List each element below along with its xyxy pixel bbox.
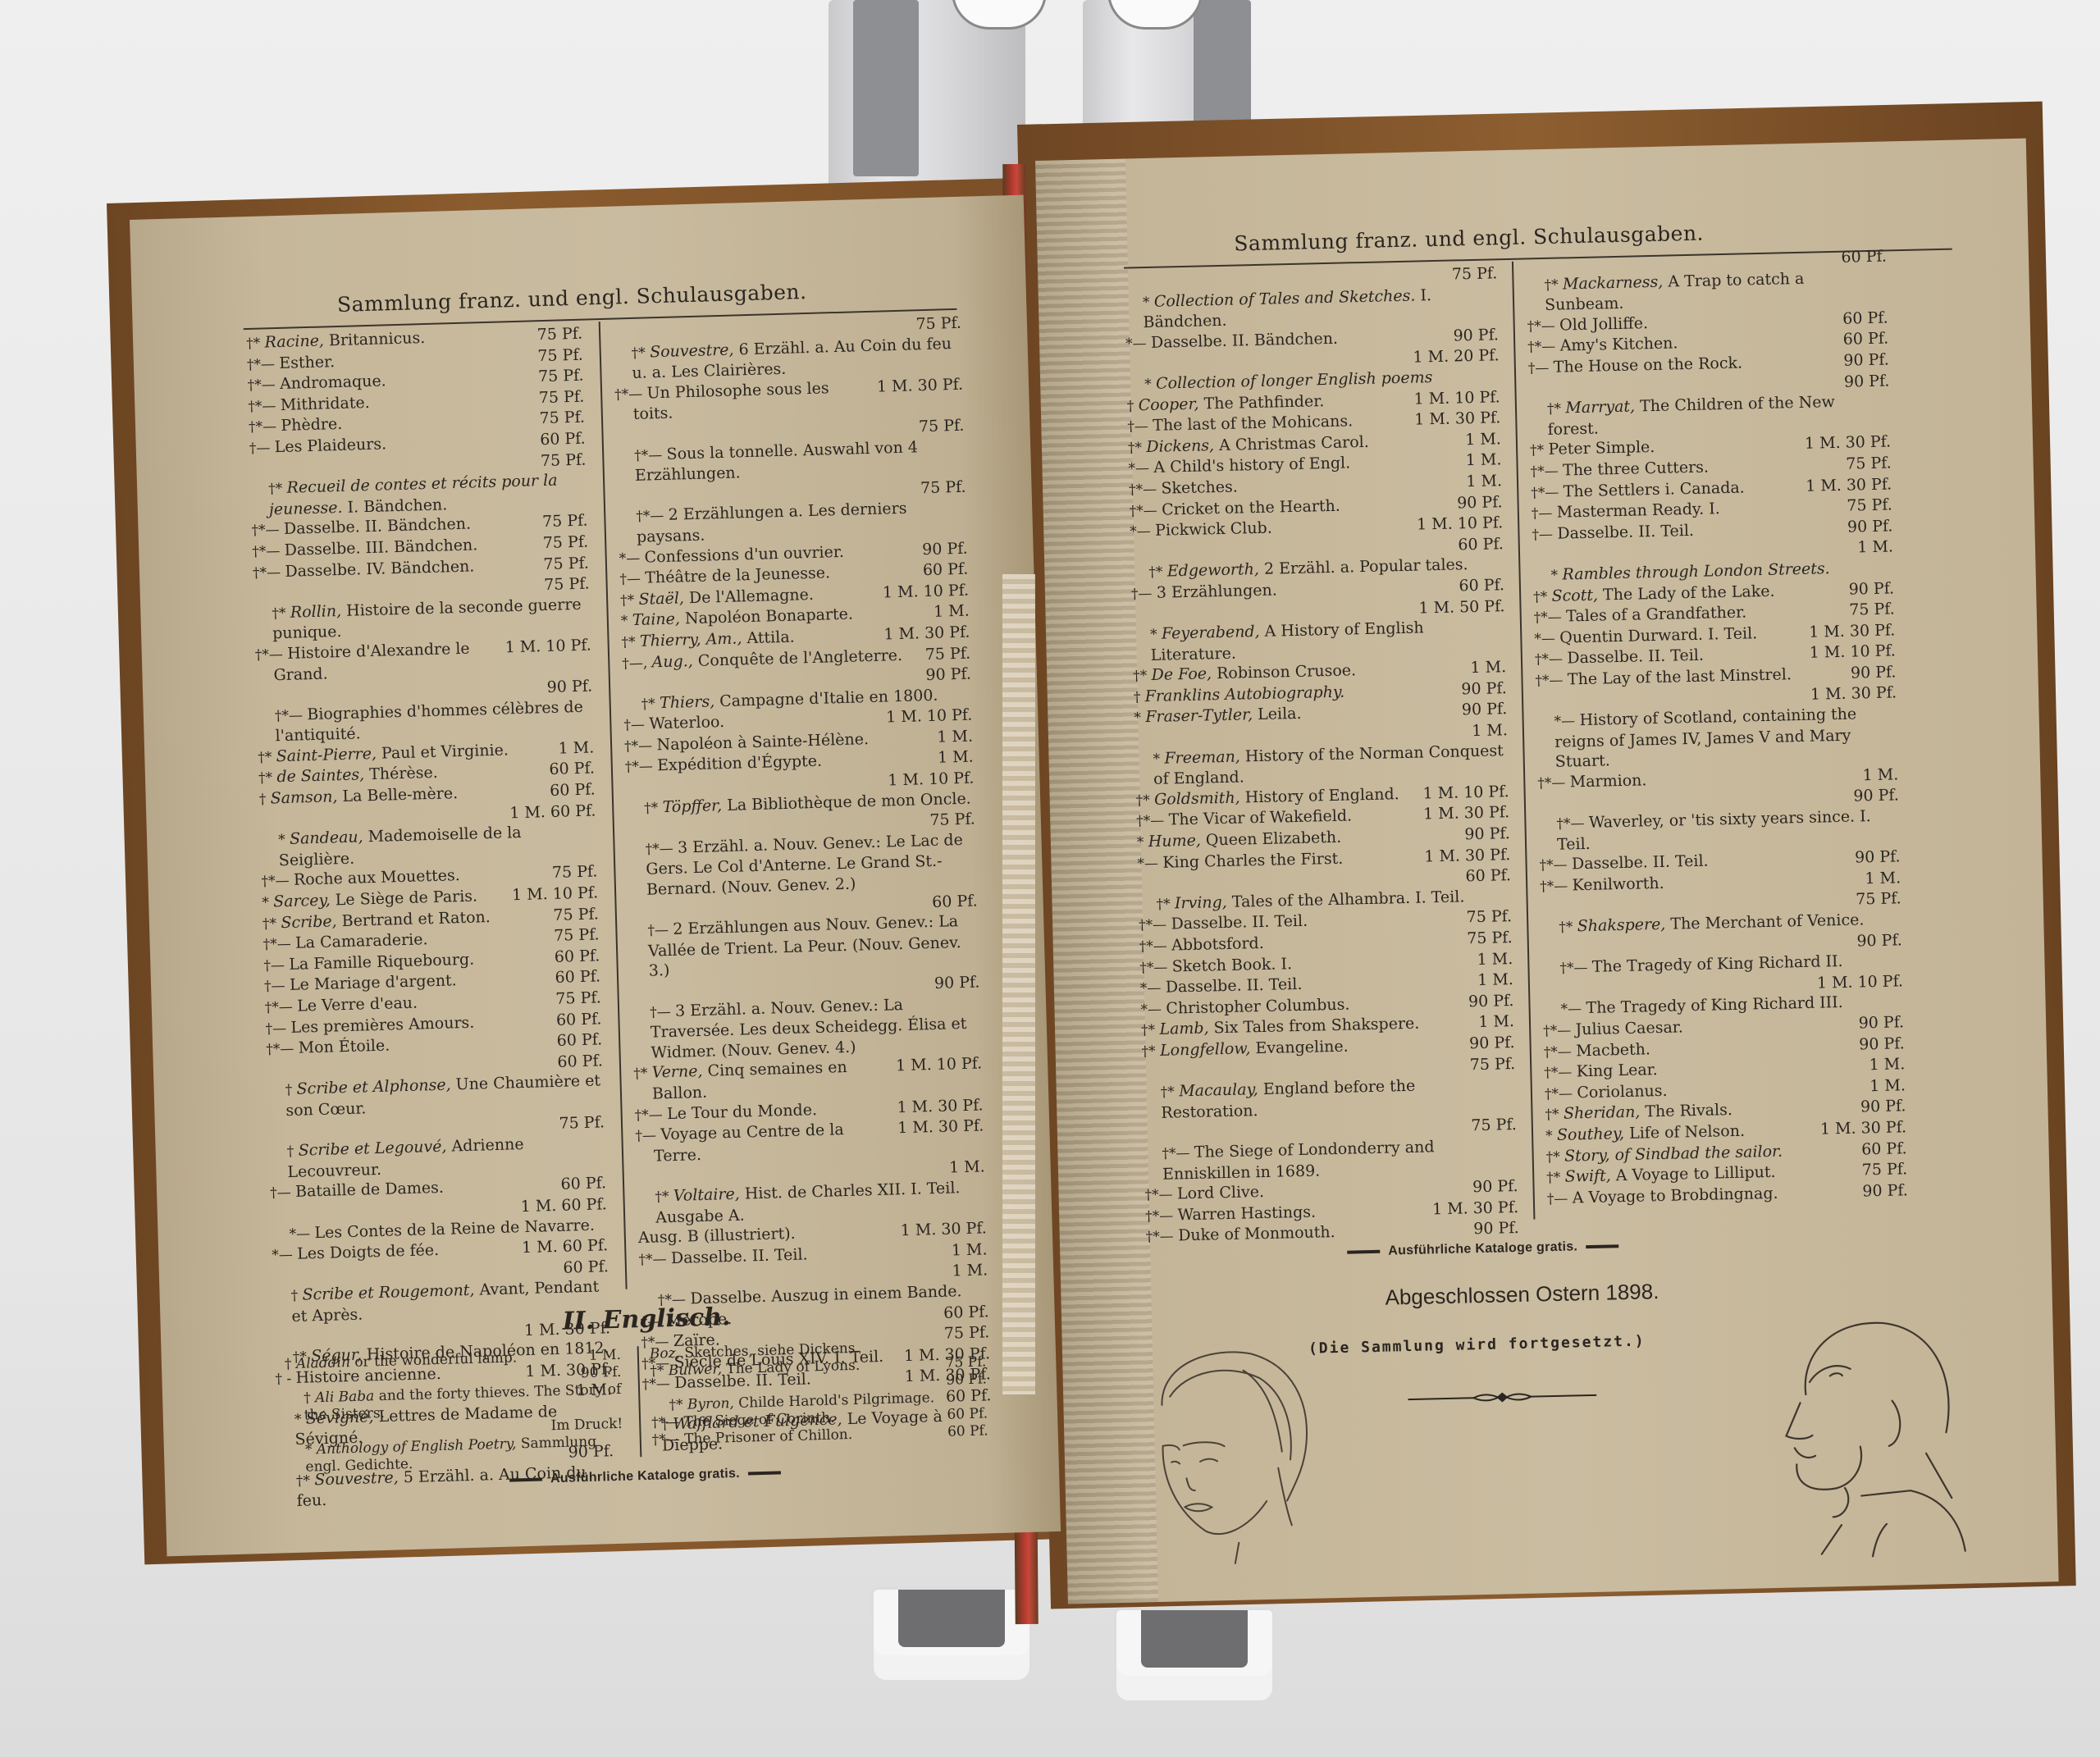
entry-price: 90 Pf.: [1855, 847, 1901, 869]
entry-author: Voltaire,: [673, 1184, 746, 1204]
entry-mark: †: [304, 1390, 315, 1406]
entry-mark: *: [262, 894, 273, 910]
catalog-entry: 75 Pf.†* Macaulay, England before the Re…: [1142, 1054, 1517, 1124]
entry-price: 1 M.: [1465, 429, 1501, 450]
entry-price: 1 M.: [1477, 970, 1513, 991]
entry-title: La Belle-mère.: [342, 784, 458, 805]
entry-price: 1 M.: [1869, 1054, 1905, 1075]
entry-price: 60 Pf.: [1842, 308, 1888, 329]
entry-mark: *—: [289, 1225, 314, 1243]
entry-author: Scribe et Legouvé,: [298, 1138, 451, 1160]
entry-title: The Settlers i. Canada.: [1563, 478, 1744, 500]
entry-title: Bertrand et Raton.: [341, 908, 491, 930]
entry-mark: †*: [272, 605, 290, 622]
entry-mark: †*: [644, 800, 663, 817]
entry-mark: †*—: [248, 398, 281, 415]
entry-author: Byron,: [687, 1395, 739, 1413]
entry-title: Théâtre de la Jeunesse.: [645, 564, 830, 586]
entry-mark: *: [1545, 1128, 1557, 1144]
entry-title: Julius Caesar.: [1575, 1018, 1683, 1038]
entry-mark: †*: [633, 1066, 652, 1083]
closing-note: Abgeschlossen Ostern 1898.: [1385, 1279, 1659, 1311]
entry-author: Southey,: [1557, 1125, 1630, 1144]
catalog-entry: 75 Pf.†* Rollin, Histoire de la seconde …: [253, 574, 591, 645]
entry-title: Britannicus.: [329, 329, 426, 349]
entry-title: The House on the Rock.: [1554, 354, 1743, 376]
entry-title: 2 Erzähl. a. Popular tales.: [1264, 555, 1468, 578]
entry-price: 75 Pf.: [1148, 263, 1497, 291]
entry-mark: †*: [621, 634, 640, 651]
entry-mark: *: [1144, 376, 1156, 393]
entry-price: 1 M. 10 Pf.: [512, 883, 599, 906]
entry-mark: *: [1150, 627, 1162, 643]
entry-price: 90 Pf.: [1860, 1097, 1906, 1118]
entry-mark: †*—: [1527, 317, 1560, 335]
entry-mark: †—: [1532, 526, 1557, 543]
entry-author: Töpffer,: [662, 796, 727, 816]
entry-mark: †*: [1533, 588, 1552, 605]
entry-price: 75 Pf.: [1466, 906, 1512, 928]
entry-price: 1 M.: [1869, 1075, 1906, 1097]
entry-price: 1 M. 10 Pf.: [1810, 641, 1897, 664]
entry-mark: †*—: [1545, 1085, 1577, 1102]
entry-price: 1 M.: [1865, 868, 1901, 889]
entry-mark: †—: [263, 957, 289, 974]
entry-mark: †*: [262, 915, 281, 933]
entry-title: Confessions d'un ouvrier.: [644, 542, 844, 566]
entry-author: Saint-Pierre,: [276, 745, 381, 766]
entry-title: 3 Erzähl. a. Nouv. Genev.: Le Lac de Ger…: [646, 831, 963, 899]
entry-price: 90 Pf.: [1469, 1033, 1515, 1054]
entry-price: 60 Pf.: [556, 1029, 602, 1051]
entry-author: Franklins Autobiography.: [1145, 682, 1345, 705]
catalog-entry: Im Druck!* Anthology of English Poetry, …: [286, 1416, 624, 1476]
entry-price: 1 M. 60 Pf.: [522, 1235, 609, 1258]
entry-mark: †*: [641, 696, 660, 713]
entry-title: A Voyage to Brobdingnag.: [1573, 1184, 1778, 1207]
entry-price: 1 M.: [1466, 450, 1502, 472]
entry-title: Sketch Book. I.: [1171, 955, 1292, 975]
entry-price: 75 Pf.: [1849, 599, 1895, 620]
entry-title: Esther.: [279, 353, 335, 372]
entry-mark: †*: [655, 1189, 673, 1206]
entry-price: 1 M. 30 Pf.: [1423, 803, 1510, 825]
entry-title: Histoire d'Alexandre le Grand.: [273, 640, 470, 684]
entry-mark: *: [1550, 567, 1562, 583]
entry-price: 1 M.: [1466, 471, 1502, 492]
entry-author: Scribe,: [281, 912, 342, 932]
entry-title: Bataille de Dames.: [295, 1179, 444, 1201]
entry-mark: †*—: [1527, 339, 1560, 356]
entry-title: Mon Étoile.: [298, 1037, 390, 1057]
continuation-note: (Die Sammlung wird fortgesetzt.): [1308, 1333, 1646, 1358]
entry-title: Coriolanus.: [1577, 1082, 1668, 1102]
entry-mark: †*: [1530, 442, 1549, 459]
entry-mark: *—: [1554, 713, 1579, 730]
entry-price: 60 Pf.: [549, 759, 595, 780]
entry-title: Life of Nelson.: [1629, 1122, 1745, 1143]
entry-mark: †*—: [1556, 815, 1589, 833]
entry-mark: †*: [1545, 1148, 1564, 1166]
entry-title: The Lady of the Lake.: [1603, 582, 1775, 604]
entry-price: 1 M. 10 Pf.: [886, 705, 973, 728]
entry-author: Scott,: [1551, 586, 1603, 605]
catalog-entry: 1 M. 50 Pf.* Feyerabend, A History of En…: [1131, 596, 1506, 666]
entry-price: 1 M. 10 Pf.: [896, 1054, 983, 1077]
entry-author: Aug.,: [651, 651, 698, 671]
entry-title: The Lay of the last Minstrel.: [1568, 665, 1792, 688]
entry-author: Hume,: [1148, 832, 1207, 851]
entry-mark: †*—: [1544, 1064, 1577, 1081]
entry-price: 1 M. 30 Pf.: [1414, 408, 1501, 430]
entry-mark: †: [1134, 689, 1145, 705]
entry-mark: †*—: [1129, 481, 1162, 499]
entry-title: Waterloo.: [649, 713, 724, 733]
entry-title: Andromaque.: [280, 372, 386, 394]
entry-price: 1 M. 30 Pf.: [1805, 432, 1892, 454]
entry-price: 90 Pf.: [1847, 516, 1893, 537]
entry-title: Dasselbe. II. Teil.: [671, 1245, 808, 1267]
entry-author: Boz,: [650, 1345, 685, 1362]
entry-title: Roche aux Mouettes.: [294, 867, 460, 890]
entry-price: 1 M. 10 Pf.: [883, 580, 970, 603]
entry-mark: †*—: [1537, 774, 1570, 792]
entry-price: 90 Pf.: [922, 538, 968, 559]
entry-price: 75 Pf.: [543, 553, 589, 574]
entry-mark: *—: [1125, 335, 1151, 353]
entry-mark: †*—: [624, 737, 657, 755]
entry-mark: †—: [635, 1128, 660, 1145]
entry-author: Swift,: [1564, 1166, 1616, 1185]
entry-price: 75 Pf.: [553, 904, 599, 925]
entry-price: 60 Pf.: [1861, 1139, 1907, 1160]
entry-title: Le Siège de Paris.: [335, 888, 477, 910]
catalog-entry: 90 Pf.†*— Waverley, or 'tis sixty years …: [1538, 786, 1901, 856]
entry-title: Amy's Kitchen.: [1559, 335, 1678, 355]
entry-mark: †*—: [265, 999, 298, 1016]
entry-title: Dasselbe. II. Teil.: [1572, 852, 1709, 874]
entry-title: The three Cutters.: [1563, 458, 1709, 479]
entry-price: 60 Pf.: [923, 559, 969, 581]
entry-price: 1 M. 30 Pf.: [1432, 1198, 1519, 1220]
section-title-english: II. Englisch.: [562, 1303, 731, 1336]
right-page-header: Sammlung franz. und engl. Schulausgaben.: [1234, 221, 1704, 256]
entry-price: 1 M. 30 Pf.: [883, 623, 970, 646]
entry-price: 75 Pf.: [1847, 495, 1892, 517]
entry-price: 75 Pf.: [542, 511, 588, 532]
catalog-entry: 75 Pf.* Collection of Tales and Sketches…: [1124, 263, 1499, 333]
entry-mark: †—: [1532, 505, 1557, 523]
entry-price: 90 Pf.: [1848, 578, 1894, 600]
entry-author: Sarcey,: [273, 891, 336, 910]
entry-mark: †*—: [1531, 484, 1564, 501]
entry-title: Expédition d'Égypte.: [657, 752, 822, 775]
entry-price: 90 Pf.: [1457, 492, 1503, 513]
entry-price: 75 Pf.: [539, 386, 585, 408]
entry-author: Edgeworth,: [1167, 560, 1265, 581]
entry-price: 1 M.: [934, 601, 970, 623]
entry-price: 60 Pf.: [540, 429, 586, 450]
entry-mark: †—,: [622, 655, 652, 672]
entry-title: The Merchant of Venice.: [1670, 910, 1865, 933]
entry-title: Napoléon Bonaparte.: [685, 605, 854, 628]
entry-author: Feyerabend,: [1162, 623, 1265, 643]
entry-mark: †*: [1156, 896, 1175, 913]
entry-mark: †—: [650, 1003, 675, 1020]
entry-price: 60 Pf.: [1459, 575, 1504, 596]
entry-title: Dasselbe. II. Teil.: [1166, 975, 1303, 997]
entry-mark: †*—: [247, 376, 280, 394]
entry-title: Macbeth.: [1576, 1040, 1650, 1060]
entry-mark: †—: [647, 922, 673, 939]
entry-title: Robinson Crusoe.: [1217, 662, 1356, 683]
catalog-entry: 60 Pf.†* Mackarness, A Trap to catch a S…: [1526, 246, 1888, 316]
entry-mark: *—: [1137, 855, 1162, 872]
entry-price: 1 M.: [589, 1347, 622, 1365]
entry-price: 1 M. 30 Pf.: [897, 1095, 984, 1118]
entry-author: Story, of Sindbad the sailor.: [1564, 1142, 1783, 1165]
right-col1: 75 Pf.* Collection of Tales and Sketches…: [1124, 263, 1519, 1248]
entry-mark: *—: [272, 1247, 297, 1264]
entry-price: 1 M.: [1478, 1011, 1514, 1033]
entry-price: 1 M. 10 Pf.: [1417, 513, 1504, 535]
entry-title: Leila.: [1258, 705, 1302, 723]
entry-price: 60 Pf.: [1550, 246, 1887, 274]
entry-author: Marryat,: [1565, 398, 1640, 418]
entry-price: 75 Pf.: [536, 324, 582, 345]
entry-author: Thiers,: [660, 692, 720, 712]
entry-price: 90 Pf.: [1468, 991, 1514, 1012]
catalog-entry: 75 Pf.†*— 2 Erzählungen a. Les derniers …: [617, 477, 967, 548]
entry-mark: †*—: [1535, 672, 1568, 689]
entry-mark: †—: [623, 717, 649, 734]
entry-mark: †*: [258, 749, 276, 766]
entry-mark: †*—: [255, 646, 288, 664]
entry-title: Le Verre d'eau.: [297, 994, 418, 1015]
entry-author: Sheridan,: [1564, 1103, 1646, 1123]
entry-mark: †—: [249, 440, 275, 457]
catalog-entry: 90 Pf.†— 3 Erzähl. a. Nouv. Genev.: La T…: [631, 972, 982, 1063]
entry-mark: †*: [669, 1397, 687, 1414]
entry-title: Dasselbe. II. Bändchen.: [284, 515, 472, 538]
entry-price: 1 M. 30 Pf.: [1809, 620, 1896, 642]
entry-title: Ausg. B (illustriert).: [638, 1225, 796, 1247]
entry-title: Paul et Virginie.: [381, 741, 509, 762]
entry-price: 75 Pf.: [945, 1353, 986, 1371]
entry-title: Quentin Durward. I. Teil.: [1559, 624, 1757, 646]
entry-mark: *—: [1140, 980, 1166, 997]
entry-author: Shakspere,: [1577, 915, 1670, 936]
entry-author: Rollin,: [290, 602, 347, 622]
entry-title: Le Mariage d'argent.: [290, 972, 457, 995]
entry-mark: †*—: [634, 1107, 667, 1124]
entry-title: 3 Erzähl. a. Nouv. Genev.: La Traversée.…: [651, 996, 967, 1062]
entry-title: A Christmas Carol.: [1219, 433, 1369, 454]
catalog-entry: 1 M.†* Voltaire, Hist. de Charles XII. I…: [636, 1157, 986, 1229]
entry-mark: †*: [1133, 668, 1152, 685]
catalog-entry: 75 Pf.†*— 3 Erzähl. a. Nouv. Genev.: Le …: [627, 810, 978, 901]
entry-title: Abbotsford.: [1171, 934, 1264, 955]
entry-mark: †*: [1547, 401, 1566, 418]
entry-mark: †—: [619, 571, 645, 588]
english-col2: Boz, Sketches, siehe Dickens.75 Pf.†* Bu…: [650, 1336, 988, 1449]
entry-mark: †*—: [1136, 813, 1169, 830]
entry-author: Samson,: [270, 787, 342, 807]
entry-mark: †*: [631, 345, 650, 362]
entry-mark: †*—: [261, 873, 294, 890]
entry-title: The Siege of Londonderry and Enniskillen…: [1162, 1138, 1435, 1183]
entry-author: Souvestre,: [650, 340, 739, 361]
entry-title: Evangeline.: [1255, 1038, 1349, 1058]
entry-mark: †—: [270, 1184, 295, 1202]
right-page: Sammlung franz. und engl. Schulausgaben.…: [1035, 139, 2059, 1604]
entry-mark: †*—: [1144, 1187, 1177, 1204]
entry-mark: †*: [1141, 1022, 1160, 1039]
catalog-note: Ausführliche Kataloge gratis.: [1388, 1239, 1577, 1257]
pencil-sketch-girl-face-icon: [1112, 1335, 1330, 1570]
entry-price: 75 Pf.: [1846, 453, 1892, 474]
entry-price: 1 M.: [938, 747, 974, 769]
entry-mark: †*—: [251, 522, 284, 539]
entry-title: King Charles the First.: [1162, 849, 1343, 871]
entry-price: 75 Pf.: [1467, 928, 1513, 949]
entry-mark: †*—: [1145, 1207, 1178, 1225]
entry-price: 75 Pf.: [552, 862, 598, 883]
entry-title: The last of the Mohicans.: [1153, 412, 1353, 435]
entry-price: 1 M.: [558, 737, 594, 759]
entry-author: Staël,: [638, 589, 689, 609]
catalog-entry: 60 Pf.† Scribe et Rougemont, Avant, Pend…: [272, 1257, 610, 1327]
catalog-entry: 75 Pf.†*— Sous la tonnelle. Auswahl von …: [615, 416, 966, 487]
entry-author: Mackarness,: [1563, 272, 1669, 293]
stand-foot-right: [1114, 1608, 1275, 1703]
entry-mark: †*: [1148, 564, 1167, 582]
entry-mark: *: [1137, 834, 1148, 851]
entry-price: 90 Pf.: [1453, 325, 1499, 346]
entry-mark: *: [1134, 710, 1145, 727]
left-page-header: Sammlung franz. und engl. Schulausgaben.: [337, 280, 807, 317]
entry-mark: †: [259, 792, 271, 808]
entry-price: 90 Pf.: [1462, 700, 1508, 721]
entry-title: Six Tales from Shakspere.: [1213, 1015, 1419, 1038]
entry-mark: †*: [1544, 276, 1563, 294]
entry-title: Le Tour du Monde.: [667, 1101, 817, 1123]
entry-mark: †*: [1128, 440, 1147, 457]
entry-title: Marmion.: [1570, 771, 1647, 791]
entry-mark: †*—: [266, 1041, 299, 1058]
entry-title: Les premières Amours.: [290, 1013, 474, 1036]
entry-author: Irving,: [1175, 893, 1232, 913]
entry-price: 75 Pf.: [537, 345, 583, 366]
entry-author: Goldsmith,: [1154, 788, 1245, 809]
entry-title: I. Bändchen.: [347, 495, 447, 516]
entry-author: Fraser-Tytler,: [1145, 705, 1258, 726]
entry-title: Peter Simple.: [1548, 438, 1655, 459]
entry-price: 1 M. 30 Pf.: [900, 1218, 987, 1241]
entry-mark: †*—: [1146, 1229, 1179, 1246]
entry-mark: †*—: [634, 446, 667, 463]
entry-title: The Vicar of Wakefield.: [1168, 807, 1352, 829]
catalog-entry: 75 Pf.†* Recueil de contes et récits pou…: [249, 450, 587, 520]
entry-price: 60 Pf.: [550, 779, 596, 801]
entry-title: Mithridate.: [280, 394, 370, 414]
entry-price: 60 Pf.: [947, 1405, 988, 1423]
catalog-entry: 1 M. 60 Pf.* Sandeau, Mademoiselle de la…: [259, 801, 597, 871]
entry-mark: *: [1153, 751, 1164, 767]
entry-mark: †*—: [1139, 959, 1172, 976]
entry-title: Cricket on the Hearth.: [1162, 496, 1340, 518]
entry-title: Dasselbe. II. Teil.: [1567, 646, 1704, 668]
entry-title: A Voyage to Lilliput.: [1616, 1163, 1776, 1184]
entry-mark: †*—: [1559, 960, 1592, 977]
entry-mark: *: [1143, 294, 1154, 310]
entry-author: Aladdin: [296, 1354, 355, 1372]
entry-mark: †*—: [1139, 917, 1171, 934]
entry-mark: †*: [620, 592, 639, 609]
entry-price: 1 M.: [952, 1239, 988, 1261]
catalog-entry: 90 Pf.† Ali Baba and the forty thieves. …: [285, 1364, 623, 1425]
entry-price: 60 Pf.: [947, 1422, 988, 1440]
entry-mark: †*—: [636, 508, 669, 525]
entry-mark: †*—: [625, 759, 658, 776]
entry-author: Freeman,: [1164, 747, 1245, 767]
entry-price: 90 Pf.: [1464, 824, 1510, 845]
entry-price: 90 Pf.: [1461, 678, 1507, 700]
entry-author: Longfellow,: [1160, 1039, 1256, 1060]
entry-price: 1 M.: [937, 726, 973, 747]
entry-mark: †*—: [253, 564, 285, 581]
entry-author: de Saintes,: [276, 766, 369, 787]
entry-mark: †: [285, 1082, 296, 1098]
entry-price: 1 M. 30 Pf.: [897, 1116, 984, 1139]
entry-mark: †*—: [275, 707, 308, 724]
entry-mark: †*—: [1544, 1043, 1577, 1061]
entry-mark: †*: [1161, 1084, 1180, 1101]
entry-price: 75 Pf.: [539, 408, 585, 429]
entry-title: Les Plaideurs.: [274, 435, 386, 456]
entry-mark: †*—: [1540, 878, 1573, 895]
entry-mark: †—: [1528, 360, 1554, 377]
entry-price: 75 Pf.: [924, 643, 970, 664]
entry-title: Dasselbe. II. Teil.: [1171, 912, 1308, 933]
entry-mark: †*: [268, 481, 287, 498]
entry-price: 90 Pf.: [1859, 1034, 1905, 1055]
entry-mark: †: [1127, 398, 1139, 414]
catalog-entry: 75 Pf.† Scribe et Legouvé, Adrienne Leco…: [268, 1112, 606, 1183]
right-col2: 60 Pf.†* Mackarness, A Trap to catch a S…: [1526, 246, 1908, 1209]
entry-mark: †*: [650, 1362, 669, 1380]
entry-mark: *—: [1560, 1001, 1586, 1018]
entry-mark: *: [278, 832, 290, 848]
entry-title: History of England.: [1244, 785, 1399, 806]
entry-mark: †*—: [1543, 1022, 1576, 1039]
entry-mark: †—: [1127, 418, 1153, 436]
entry-mark: †*—: [262, 936, 295, 953]
entry-mark: †: [287, 1143, 299, 1160]
entry-author: Thierry, Am.,: [640, 629, 747, 650]
entry-mark: †—: [264, 978, 290, 995]
entry-price: 90 Pf.: [1472, 1176, 1518, 1198]
entry-author: De Foe,: [1151, 664, 1217, 684]
entry-mark: †*—: [652, 1431, 685, 1449]
entry-mark: †*: [1141, 1043, 1160, 1061]
entry-mark: †*—: [252, 543, 285, 560]
entry-price: 1 M.: [1477, 949, 1513, 970]
entry-mark: †*—: [1534, 609, 1567, 627]
entry-price: 75 Pf.: [538, 366, 584, 387]
entry-price: 1 M.: [1862, 764, 1898, 786]
entry-price: 60 Pf.: [556, 1009, 602, 1030]
